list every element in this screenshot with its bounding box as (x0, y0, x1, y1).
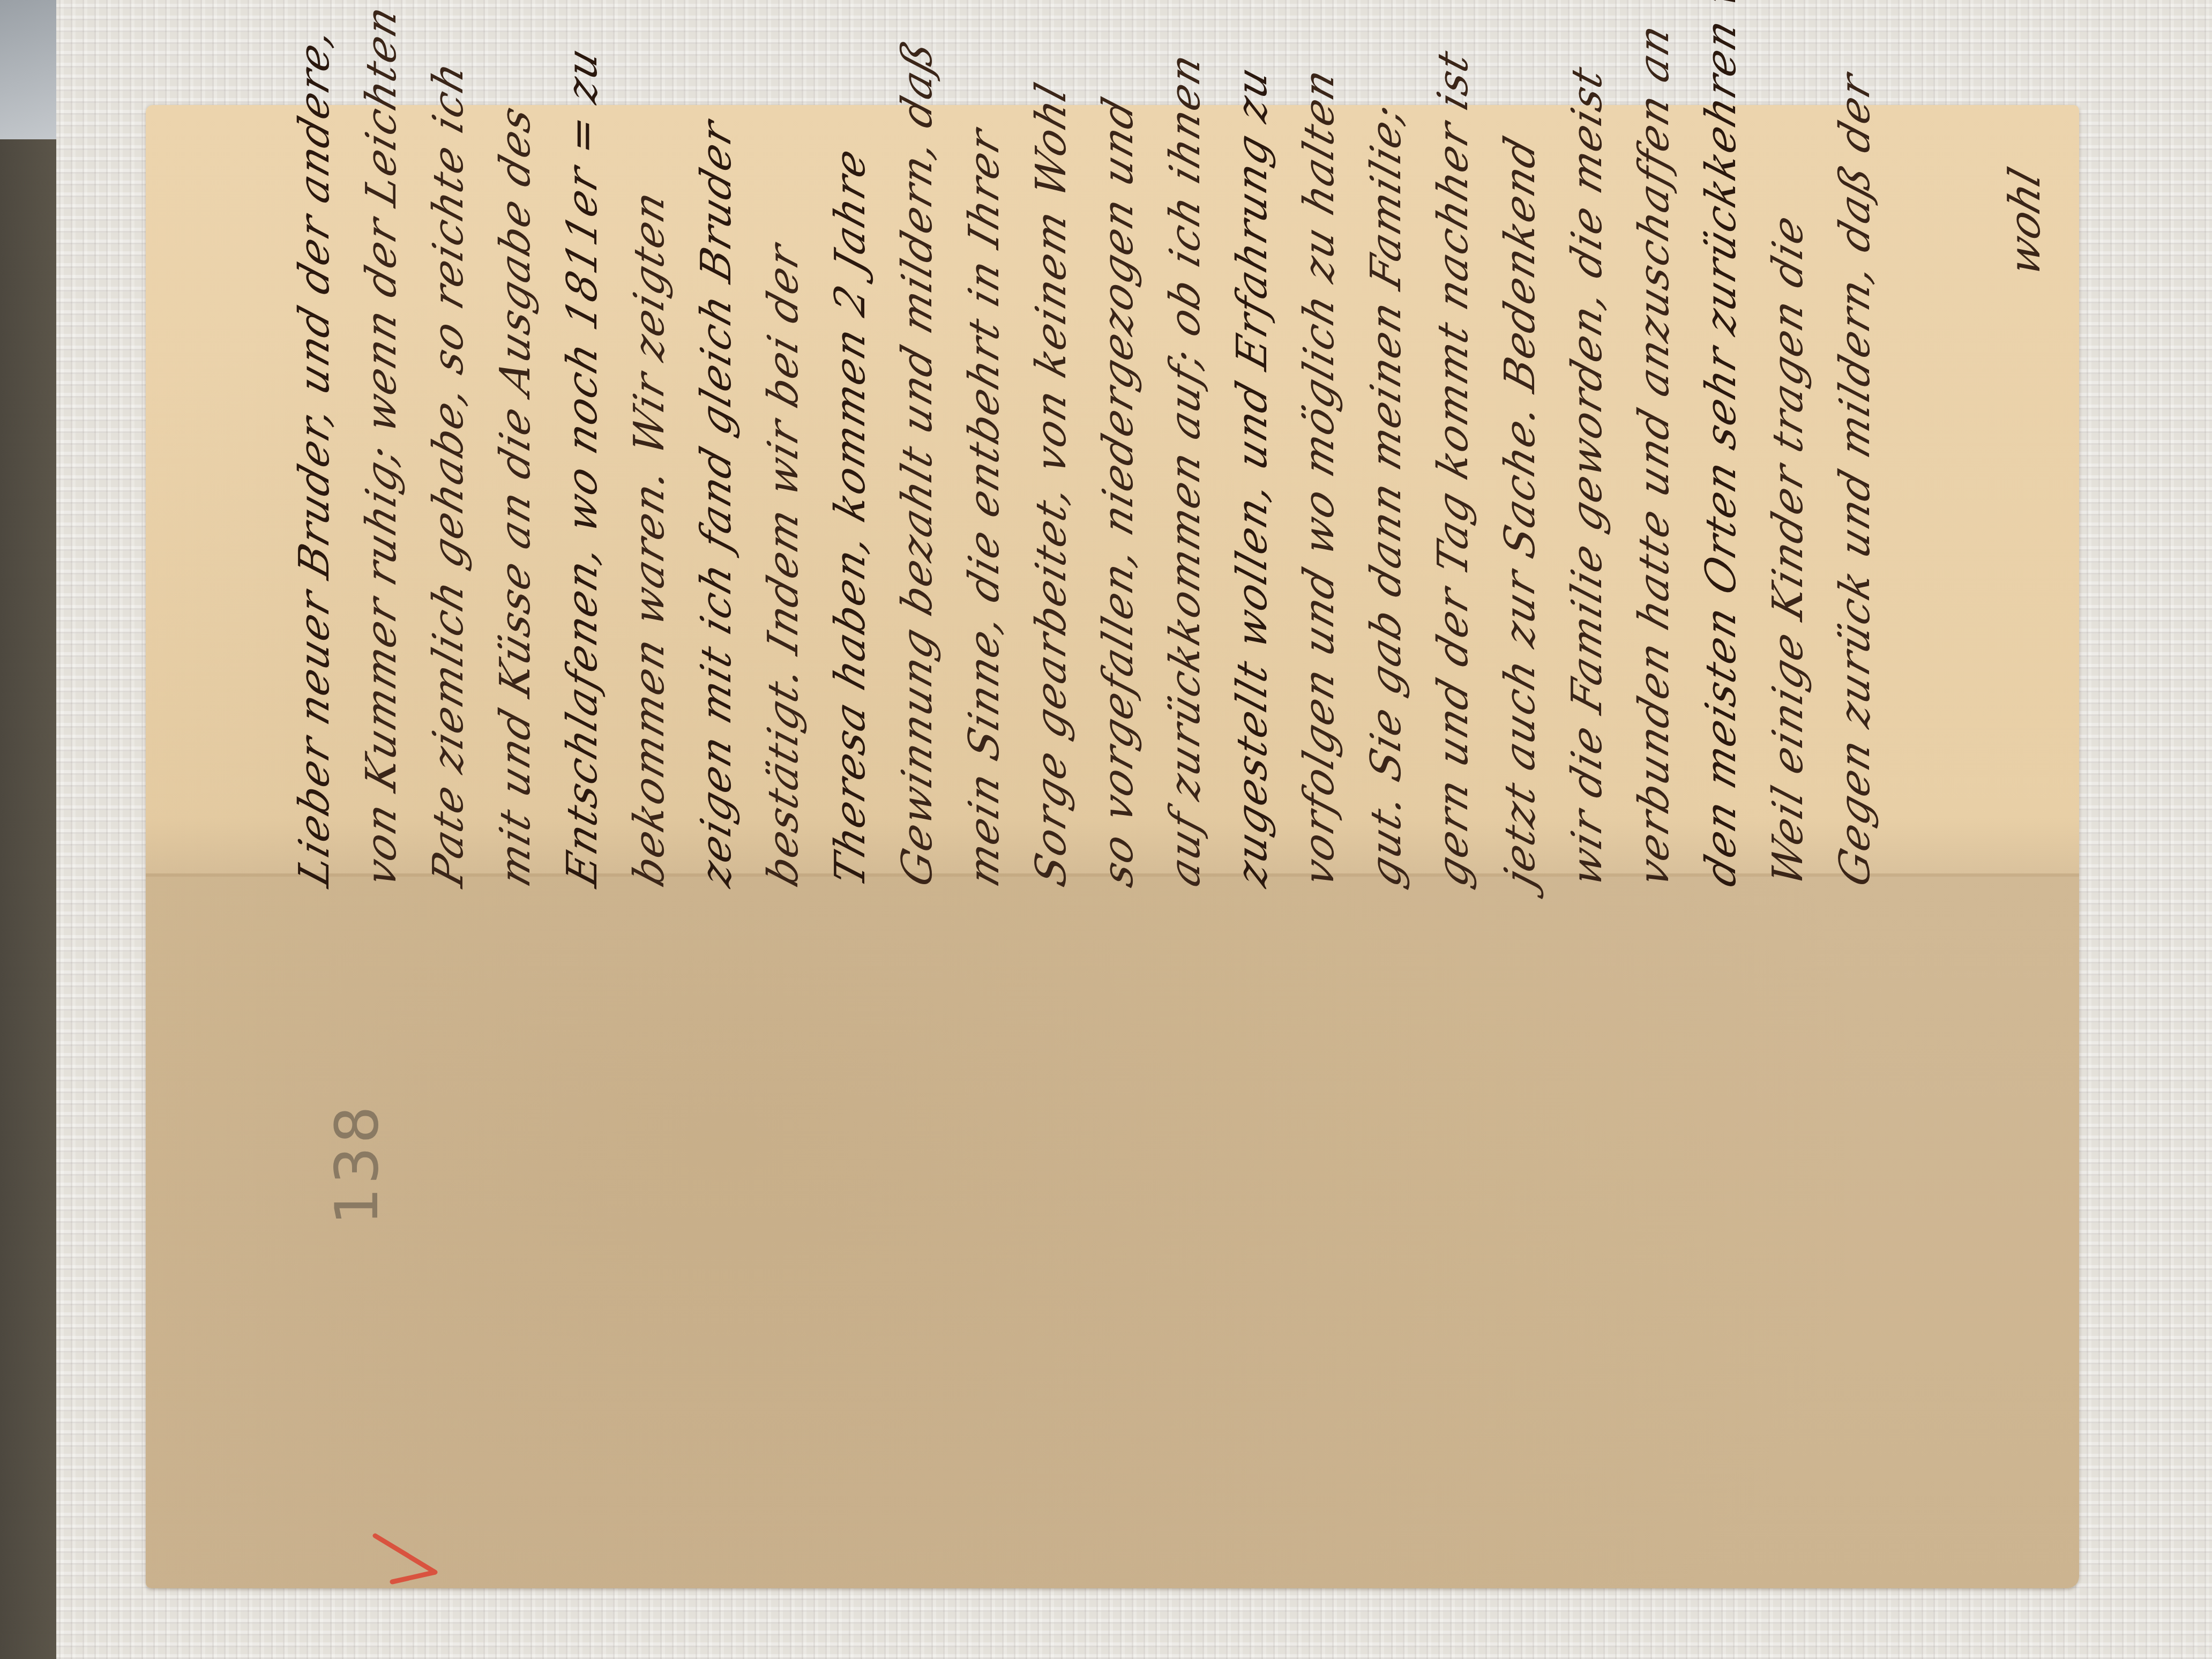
text-line: wir die Familie geworden, die meist (1563, 59, 1611, 892)
text-line: von Kummer ruhig; wenn der Leichten (357, 0, 406, 892)
text-line: Weil einige Kinder tragen die (1764, 208, 1812, 892)
text-line: gut. Sie gab dann meinen Familie; (1362, 97, 1410, 893)
red-check-mark-icon (371, 1530, 446, 1605)
handwritten-text: Lieber neuer Bruder, und der andere, von… (146, 105, 2079, 1588)
text-line: verbunden hatte und anzuschaffen an (1630, 17, 1678, 892)
letter-sheet: Lieber neuer Bruder, und der andere, von… (146, 105, 2079, 1588)
text-line: zeigen mit ich fand gleich Bruder (692, 114, 741, 893)
text-line: Gewinnung bezahlt und mildern, daß (893, 33, 941, 892)
text-line: Theresa haben, kommen 2 Jahre (826, 141, 875, 892)
text-line: vorfolgen und wo möglich zu halten (1295, 62, 1343, 892)
gray-object-corner (0, 0, 56, 155)
text-line: Lieber neuer Bruder, und der andere, (290, 20, 339, 892)
text-line: mein Sinne, die entbehrt in Ihrer (960, 122, 1008, 892)
text-line: mit und Küsse an die Ausgabe des (491, 99, 540, 893)
text-line: so vorgefallen, niedergezogen und (1094, 91, 1142, 892)
text-line: Gegen zurück und mildern, daß der (1831, 66, 1879, 892)
text-line: jetzt auch zur Sache. Bedenkend (1496, 130, 1544, 892)
text-line: zugestellt wollen, und Erfahrung zu (1228, 60, 1276, 893)
text-line: auf zurückkommen auf; ob ich ihnen (1161, 47, 1209, 893)
dark-table-edge (0, 139, 56, 1659)
catchword: wohl (2000, 162, 2050, 282)
text-line: Pate ziemlich gehabe, so reichte ich (424, 55, 473, 893)
folio-number: 138 (323, 1103, 391, 1225)
text-line: Entschlafenen, wo noch 1811er = zu (558, 41, 607, 892)
text-line: Sorge gearbeitet, von keinem Wohl (1027, 76, 1075, 892)
text-line: den meisten Orten sehr zurückkehren wir (1697, 0, 1745, 892)
text-line: gern und der Tag kommt nachher ist (1429, 43, 1477, 892)
text-line: bestätigt. Indem wir bei der (759, 237, 808, 892)
text-line: bekommen waren. Wir zeigten (625, 184, 674, 892)
